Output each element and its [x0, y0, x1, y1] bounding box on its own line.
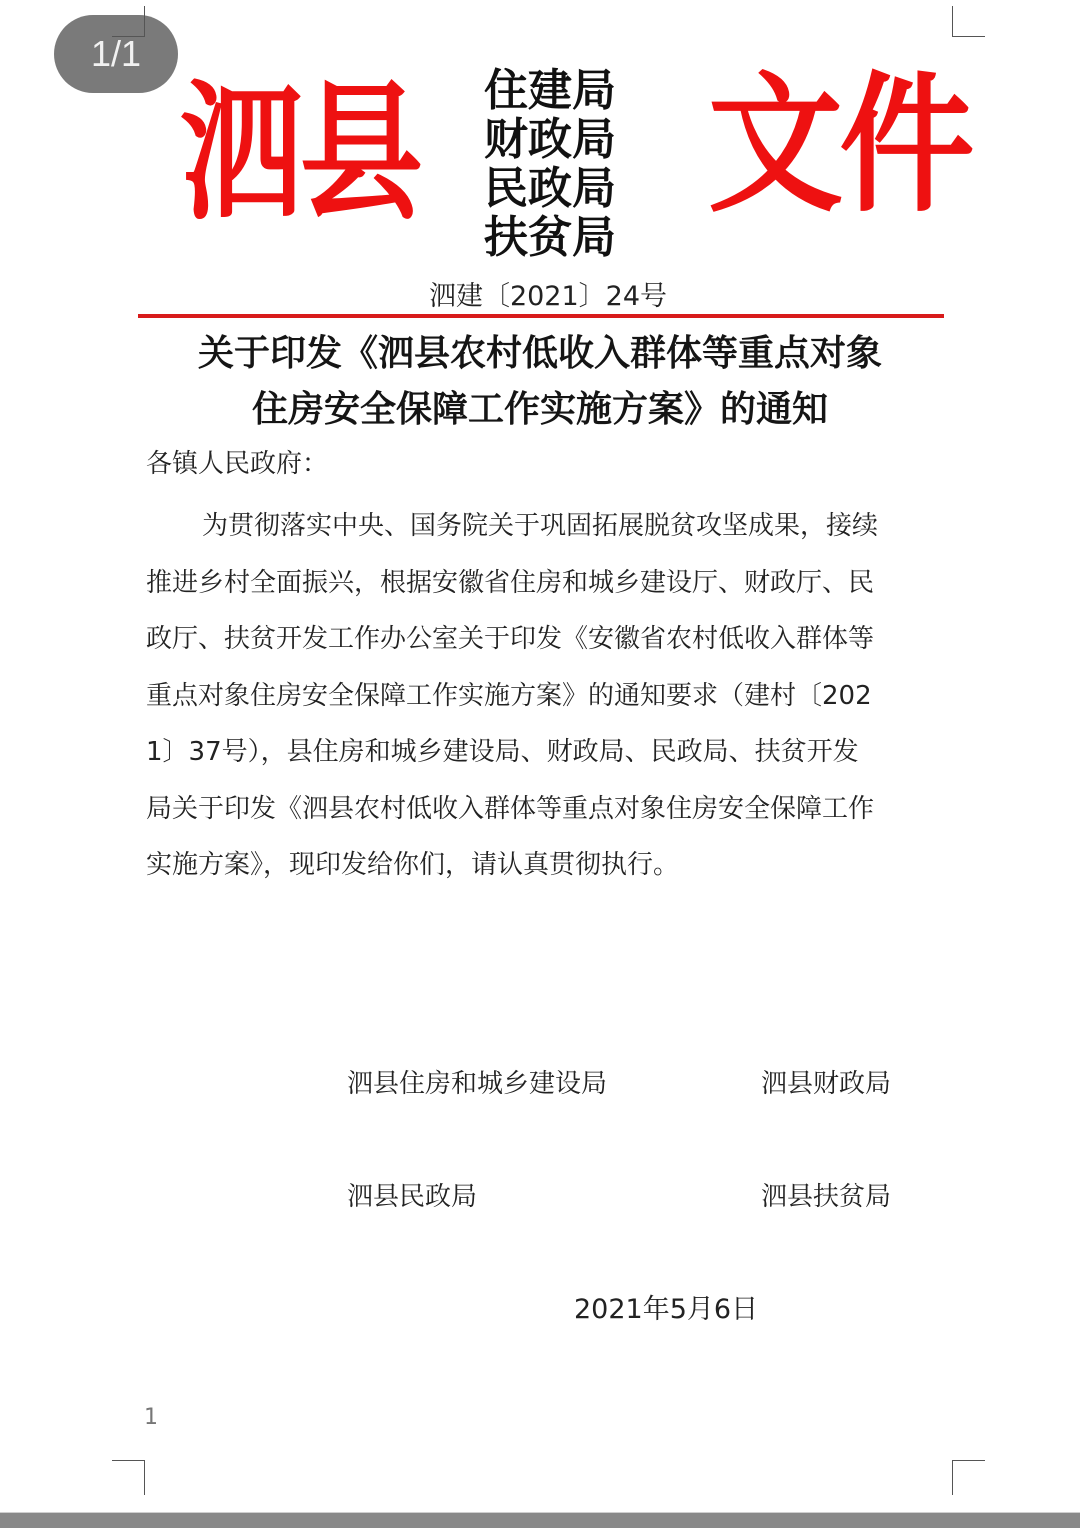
signature-poverty-alleviation-bureau: 泗县扶贫局 [761, 1179, 891, 1215]
body-line: 为贯彻落实中央、国务院关于巩固拓展脱贫攻坚成果，接续 [146, 498, 946, 555]
issuer-3: 民政局 [484, 164, 634, 213]
body-line: 1〕37号），县住房和城乡建设局、财政局、民政局、扶贫开发 [146, 724, 946, 781]
issuer-2: 财政局 [484, 115, 634, 164]
title-line-1: 关于印发《泗县农村低收入群体等重点对象 [140, 326, 940, 382]
issuer-1: 住建局 [484, 66, 634, 115]
body-line: 政厅、扶贫开发工作办公室关于印发《安徽省农村低收入群体等 [146, 611, 946, 668]
letterhead-issuers: 住建局 财政局 民政局 扶贫局 [484, 66, 634, 262]
body-line: 推进乡村全面振兴，根据安徽省住房和城乡建设厅、财政厅、民 [146, 555, 946, 612]
document-title: 关于印发《泗县农村低收入群体等重点对象 住房安全保障工作实施方案》的通知 [140, 326, 940, 438]
letterhead-document: 文件 [708, 66, 971, 226]
body-line: 重点对象住房安全保障工作实施方案》的通知要求（建村〔202 [146, 668, 946, 725]
signature-civil-affairs-bureau: 泗县民政局 [347, 1179, 477, 1215]
body-paragraph: 为贯彻落实中央、国务院关于巩固拓展脱贫攻坚成果，接续 推进乡村全面振兴，根据安徽… [146, 498, 946, 894]
signature-finance-bureau: 泗县财政局 [761, 1066, 891, 1102]
issuer-4: 扶贫局 [484, 213, 634, 262]
viewer-bottom-bar [0, 1512, 1080, 1528]
red-divider [138, 314, 944, 318]
body-line: 局关于印发《泗县农村低收入群体等重点对象住房安全保障工作 [146, 781, 946, 838]
signature-housing-bureau: 泗县住房和城乡建设局 [347, 1066, 607, 1102]
crop-mark-bottom-right [952, 1460, 985, 1495]
crop-mark-top-left [112, 6, 145, 37]
title-line-2: 住房安全保障工作实施方案》的通知 [140, 382, 940, 438]
issue-date: 2021年5月6日 [574, 1292, 758, 1328]
document-number: 泗建〔2021〕24号 [0, 274, 1080, 313]
body-line: 实施方案》，现印发给你们，请认真贯彻执行。 [146, 837, 946, 894]
crop-mark-bottom-left [112, 1460, 145, 1495]
salutation: 各镇人民政府： [146, 444, 328, 484]
page-number: 1 [144, 1405, 158, 1430]
crop-mark-top-right [952, 6, 985, 37]
letterhead-county: 泗县 [180, 74, 419, 234]
